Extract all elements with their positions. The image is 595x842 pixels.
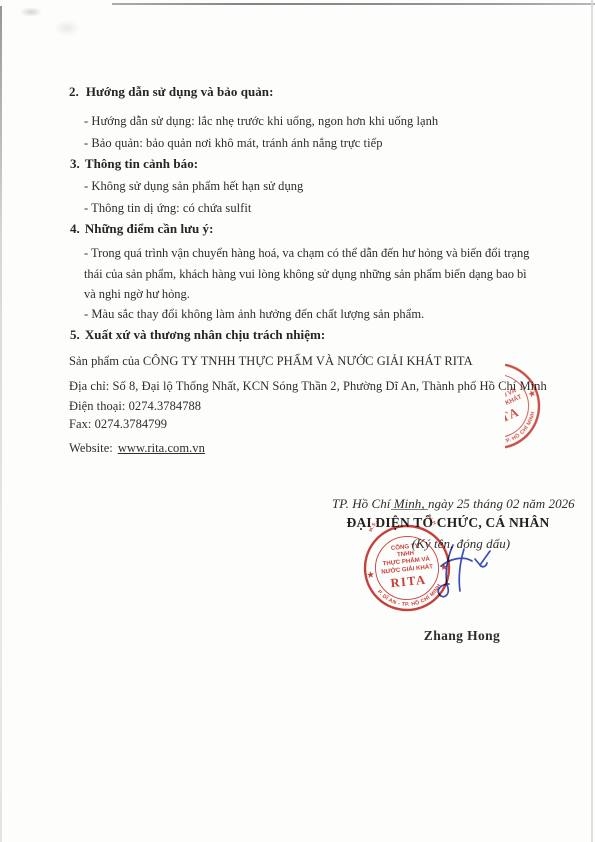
section-2-item-1: - Hướng dẫn sử dụng: lắc nhẹ trước khi u… [84, 114, 438, 129]
scan-artifact-left-edge [0, 6, 2, 842]
section-4-number: 4. [70, 221, 80, 236]
star-icon: ★ [366, 570, 375, 580]
section-5-heading: 5.Xuất xứ và thương nhân chịu trách nhiệ… [70, 327, 325, 343]
signature-strokes [438, 545, 490, 597]
website-line: Website:www.rita.com.vn [69, 441, 205, 456]
section-2-heading: 2.Hướng dẫn sử dụng và bảo quản: [69, 84, 273, 100]
website-label: Website: [69, 441, 113, 455]
section-2-title: Hướng dẫn sử dụng và bảo quản: [86, 84, 274, 99]
scanned-document-page: 2.Hướng dẫn sử dụng và bảo quản: - Hướng… [0, 0, 595, 842]
section-4-paragraph-line-2: thái của sản phẩm, khách hàng vui lòng k… [84, 267, 527, 282]
date-place-line: TP. Hồ Chí Minh, ngày 25 tháng 02 năm 20… [332, 496, 575, 512]
star-icon: ★ [459, 418, 470, 429]
section-4-item-2: - Màu sắc thay đổi không làm ảnh hưởng đ… [84, 307, 424, 322]
scan-artifact-smudge [20, 7, 42, 17]
address-line: Địa chỉ: Số 8, Đại lộ Thống Nhất, KCN Só… [69, 379, 547, 394]
section-3-item-2: - Thông tin dị ứng: có chứa sulfit [84, 201, 251, 216]
section-4-paragraph-line-1: - Trong quá trình vận chuyển hàng hoá, v… [84, 246, 529, 261]
section-3-heading: 3.Thông tin cảnh báo: [70, 156, 198, 172]
section-2-item-2: - Bảo quản: bảo quản nơi khô mát, tránh … [84, 136, 383, 151]
handwritten-signature [424, 538, 496, 602]
phone-line: Điện thoại: 0274.3784788 [69, 399, 201, 414]
section-4-title: Những điểm cần lưu ý: [85, 221, 214, 236]
website-link[interactable]: www.rita.com.vn [118, 441, 205, 455]
section-4-heading: 4.Những điểm cần lưu ý: [70, 221, 213, 237]
signer-name: Zhang Hong [424, 628, 500, 644]
producer-line: Sản phẩm của CÔNG TY TNHH THỰC PHẨM VÀ N… [69, 354, 473, 369]
section-5-number: 5. [70, 327, 80, 342]
scan-artifact-top-line [112, 3, 595, 5]
section-3-number: 3. [70, 156, 80, 171]
seal-company-name: RITA [390, 573, 427, 591]
section-2-number: 2. [69, 84, 79, 99]
seal-company-name: RITA [483, 405, 522, 432]
section-3-title: Thông tin cảnh báo: [85, 156, 198, 171]
scan-artifact-right-edge [591, 0, 593, 842]
page-edge-seal: M.S.D.N: 3700574950 - T.N.H.H P. DĨ AN -… [447, 356, 547, 456]
section-3-item-1: - Không sử dụng sản phẩm hết hạn sử dụng [84, 179, 303, 194]
section-5-title: Xuất xứ và thương nhân chịu trách nhiệm: [85, 327, 325, 342]
fax-line: Fax: 0274.3784799 [69, 417, 167, 432]
scan-artifact-smudge [54, 20, 80, 36]
section-4-paragraph-line-3: và nghi ngờ hư hỏng. [84, 287, 190, 302]
